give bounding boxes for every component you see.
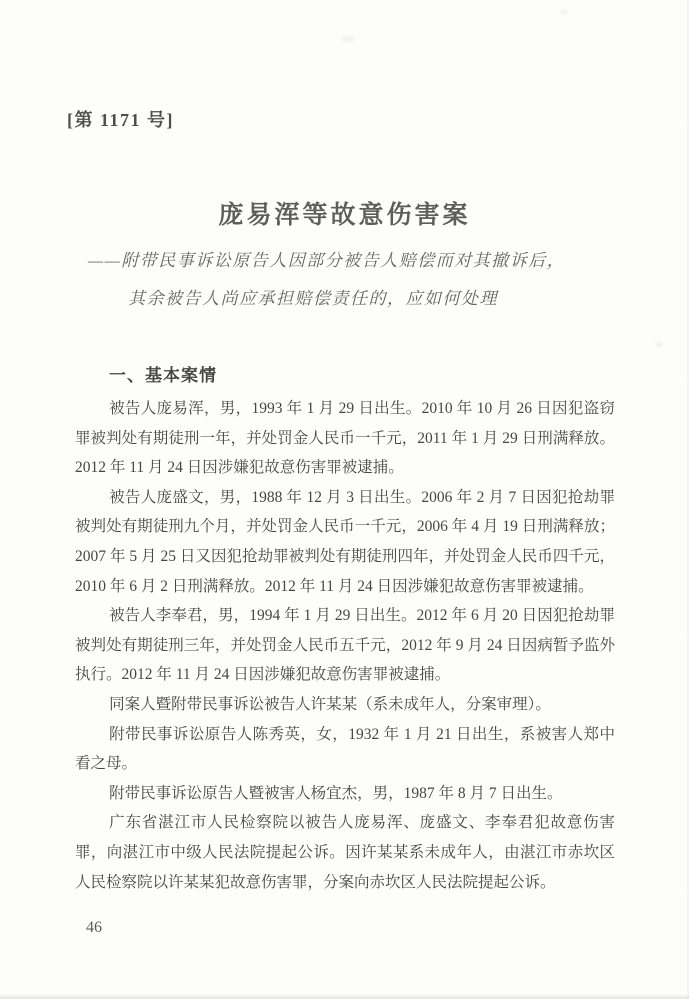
scan-edge-shadow <box>0 994 689 999</box>
case-subtitle: ——附带民事诉讼原告人因部分被告人赔偿而对其撤诉后， 其余被告人尚应承担赔偿责任… <box>88 242 633 318</box>
paragraph-defendant-pangshengwen: 被告人庞盛文，男，1988 年 12 月 3 日出生。2006 年 2 月 7 … <box>75 483 615 601</box>
paragraph-co-offender-xu: 同案人暨附带民事诉讼被告人许某某（系未成年人，分案审理）。 <box>75 690 615 720</box>
page-number: 46 <box>86 919 102 937</box>
scan-smudge <box>655 342 663 347</box>
paragraph-defendant-pangyihun: 被告人庞易浑，男，1993 年 1 月 29 日出生。2010 年 10 月 2… <box>75 394 615 483</box>
case-number-label: [第 1171 号] <box>67 106 174 132</box>
scan-smudge <box>560 10 569 14</box>
case-title: 庞易浑等故意伤害案 <box>0 195 689 231</box>
paragraph-plaintiff-chenxiuying: 附带民事诉讼原告人陈秀英，女，1932 年 1 月 21 日出生，系被害人郑中看… <box>75 720 615 779</box>
subtitle-line-2: 其余被告人尚应承担赔偿责任的，应如何处理 <box>88 280 633 318</box>
paragraph-plaintiff-yangyijie: 附带民事诉讼原告人暨被害人杨宜杰，男，1987 年 8 月 7 日出生。 <box>75 779 615 809</box>
section-heading-basic-facts: 一、基本案情 <box>109 361 217 386</box>
subtitle-line-1: ——附带民事诉讼原告人因部分被告人赔偿而对其撤诉后， <box>88 242 633 280</box>
body-text: 被告人庞易浑，男，1993 年 1 月 29 日出生。2010 年 10 月 2… <box>75 394 615 897</box>
scan-smudge <box>342 36 354 42</box>
paragraph-prosecution: 广东省湛江市人民检察院以被告人庞易浑、庞盛文、李奉君犯故意伤害罪，向湛江市中级人… <box>75 808 615 897</box>
paragraph-defendant-lifengjun: 被告人李奉君，男，1994 年 1 月 29 日出生。2012 年 6 月 20… <box>75 601 615 690</box>
scanned-document-page: [第 1171 号] 庞易浑等故意伤害案 ——附带民事诉讼原告人因部分被告人赔偿… <box>0 0 689 999</box>
